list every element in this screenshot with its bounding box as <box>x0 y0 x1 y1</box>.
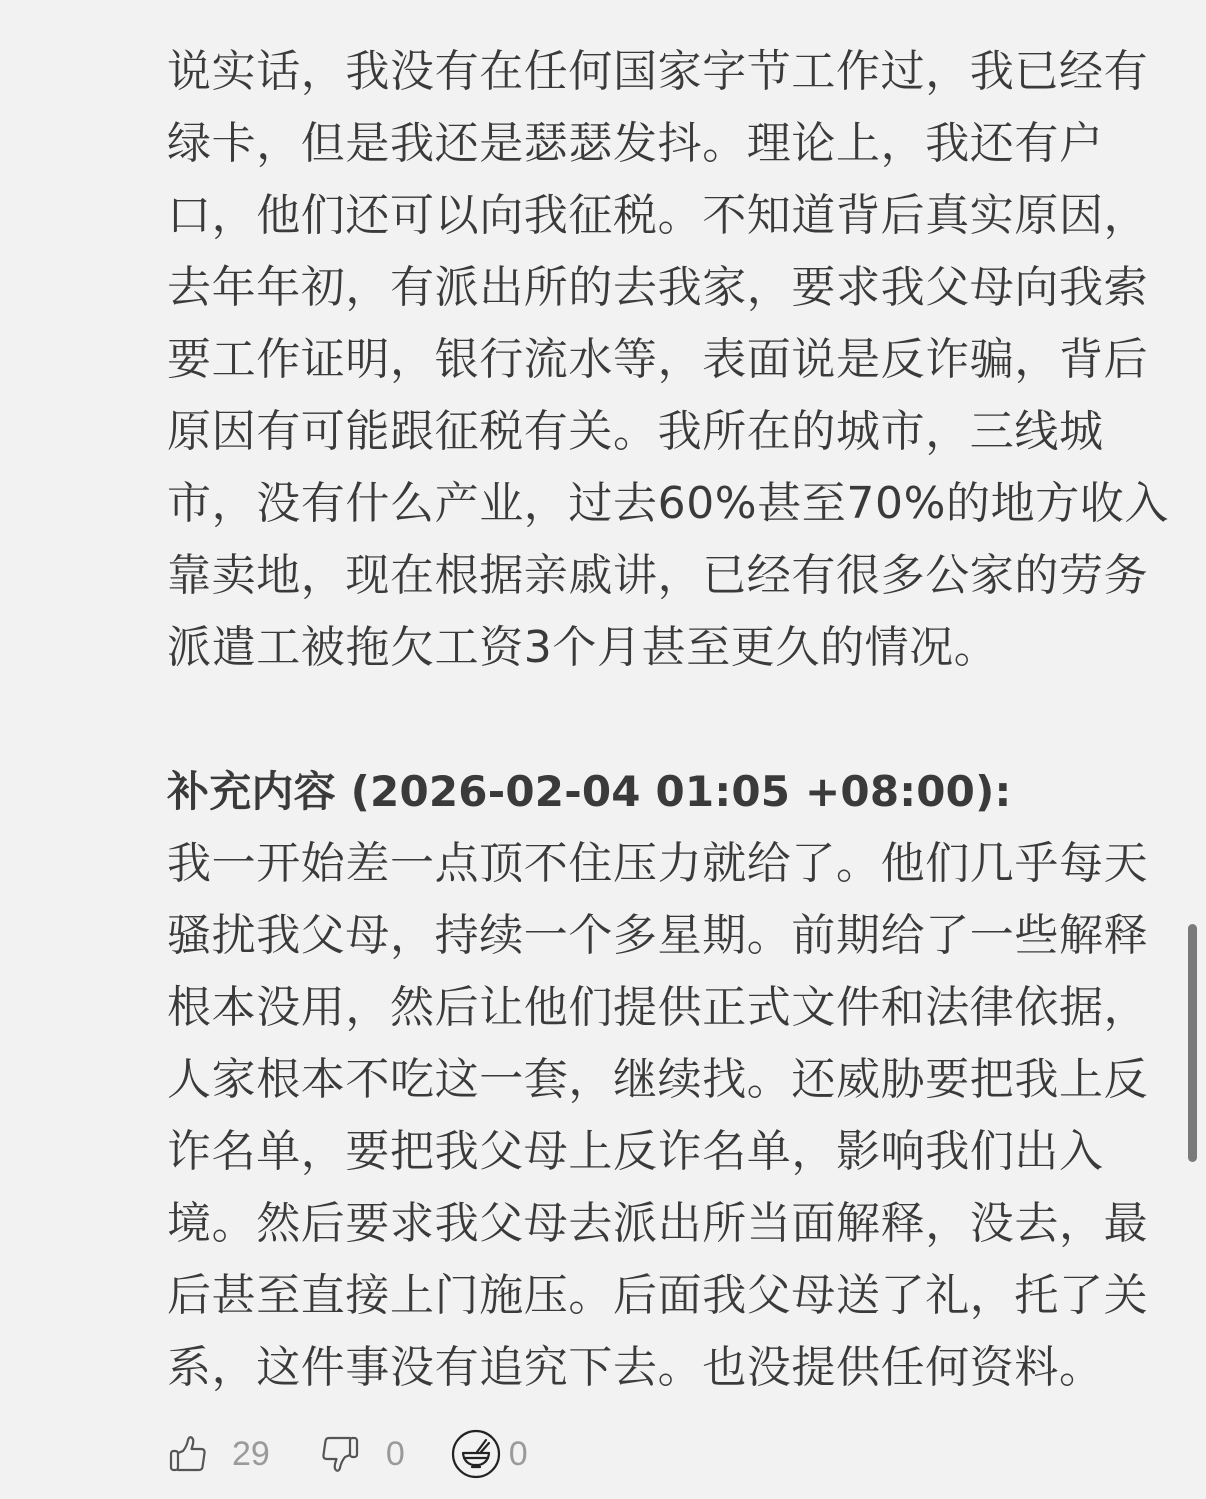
dislike-button[interactable]: 0 <box>320 1434 405 1474</box>
rice-bowl-count: 0 <box>509 1435 528 1474</box>
text-line: 原因有可能跟征税有关。我所在的城市，三线城 <box>167 396 1159 468</box>
text-line: 市，没有什么产业，过去60%甚至70%的地方收入 <box>167 468 1159 540</box>
text-line: 靠卖地，现在根据亲戚讲，已经有很多公家的劳务 <box>167 540 1159 612</box>
text-line: 诈名单，要把我父母上反诈名单，影响我们出入 <box>167 1116 1159 1188</box>
like-button[interactable]: 29 <box>168 1434 270 1474</box>
paragraph-spacer <box>167 684 1159 756</box>
supplement-paragraph: 我一开始差一点顶不住压力就给了。他们几乎每天 骚扰我父母，持续一个多星期。前期给… <box>167 828 1159 1404</box>
text-line: 绿卡，但是我还是瑟瑟发抖。理论上，我还有户 <box>167 108 1159 180</box>
supplement-heading: 补充内容 (2026-02-04 01:05 +08:00): <box>167 756 1159 828</box>
text-line: 去年年初，有派出所的去我家，要求我父母向我索 <box>167 252 1159 324</box>
text-line: 派遣工被拖欠工资3个月甚至更久的情况。 <box>167 612 1159 684</box>
thumbs-up-icon <box>168 1434 208 1474</box>
thumbs-down-icon <box>320 1434 360 1474</box>
text-line: 口，他们还可以向我征税。不知道背后真实原因， <box>167 180 1159 252</box>
text-line: 人家根本不吃这一套，继续找。还威胁要把我上反 <box>167 1044 1159 1116</box>
like-count: 29 <box>232 1435 270 1474</box>
dislike-count: 0 <box>386 1435 405 1474</box>
rice-bowl-icon <box>451 1429 501 1479</box>
text-line: 说实话，我没有在任何国家字节工作过，我已经有 <box>167 36 1159 108</box>
text-line: 根本没用，然后让他们提供正式文件和法律依据， <box>167 972 1159 1044</box>
post-actions-bar: 29 0 0 <box>168 1428 528 1480</box>
text-line: 我一开始差一点顶不住压力就给了。他们几乎每天 <box>167 828 1159 900</box>
text-line: 后甚至直接上门施压。后面我父母送了礼，托了关 <box>167 1260 1159 1332</box>
text-line: 要工作证明，银行流水等，表面说是反诈骗，背后 <box>167 324 1159 396</box>
post-content: 说实话，我没有在任何国家字节工作过，我已经有 绿卡，但是我还是瑟瑟发抖。理论上，… <box>167 36 1159 1404</box>
text-line: 骚扰我父母，持续一个多星期。前期给了一些解释 <box>167 900 1159 972</box>
text-line: 系，这件事没有追究下去。也没提供任何资料。 <box>167 1332 1159 1404</box>
rice-bowl-button[interactable]: 0 <box>451 1429 528 1479</box>
post-body-paragraph: 说实话，我没有在任何国家字节工作过，我已经有 绿卡，但是我还是瑟瑟发抖。理论上，… <box>167 36 1159 684</box>
vertical-scrollbar-thumb[interactable] <box>1188 924 1197 1162</box>
text-line: 境。然后要求我父母去派出所当面解释，没去，最 <box>167 1188 1159 1260</box>
